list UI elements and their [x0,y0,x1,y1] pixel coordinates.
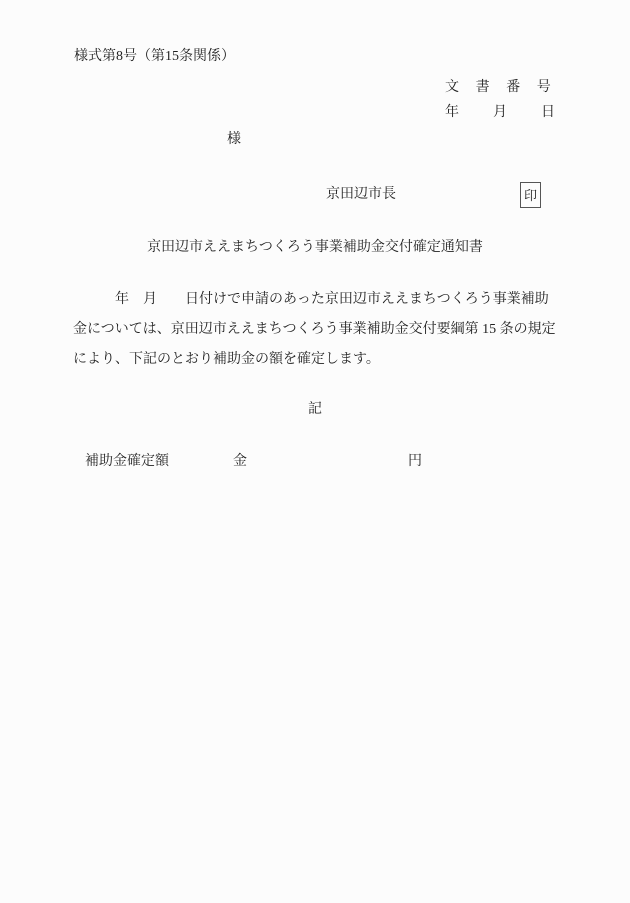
amount-label: 補助金確定額 [85,452,169,472]
record-marker: 記 [0,400,630,420]
form-number: 様式第8号（第15条関係） [74,47,235,67]
date-line: 年 月 日 [445,103,557,123]
doc-number-label: 文 書 番 号 [445,78,552,98]
document-page: 様式第8号（第15条関係） 文 書 番 号 年 月 日 様 京田辺市長 印 京田… [0,0,630,903]
sender-name: 京田辺市長 [326,185,396,205]
amount-currency-prefix: 金 [233,452,247,472]
seal-box: 印 [520,182,541,208]
amount-currency-suffix: 円 [408,452,422,472]
body-line: により、下記のとおり補助金の額を確定します。 [73,350,380,370]
document-title: 京田辺市ええまちつくろう事業補助金交付確定通知書 [0,238,630,258]
seal-label: 印 [524,189,537,202]
body-line: 金については、京田辺市ええまちつくろう事業補助金交付要綱第 15 条の規定 [73,320,556,340]
addressee-suffix: 様 [227,130,241,150]
body-line: 年 月 日付けで申請のあった京田辺市ええまちつくろう事業補助 [73,290,549,310]
